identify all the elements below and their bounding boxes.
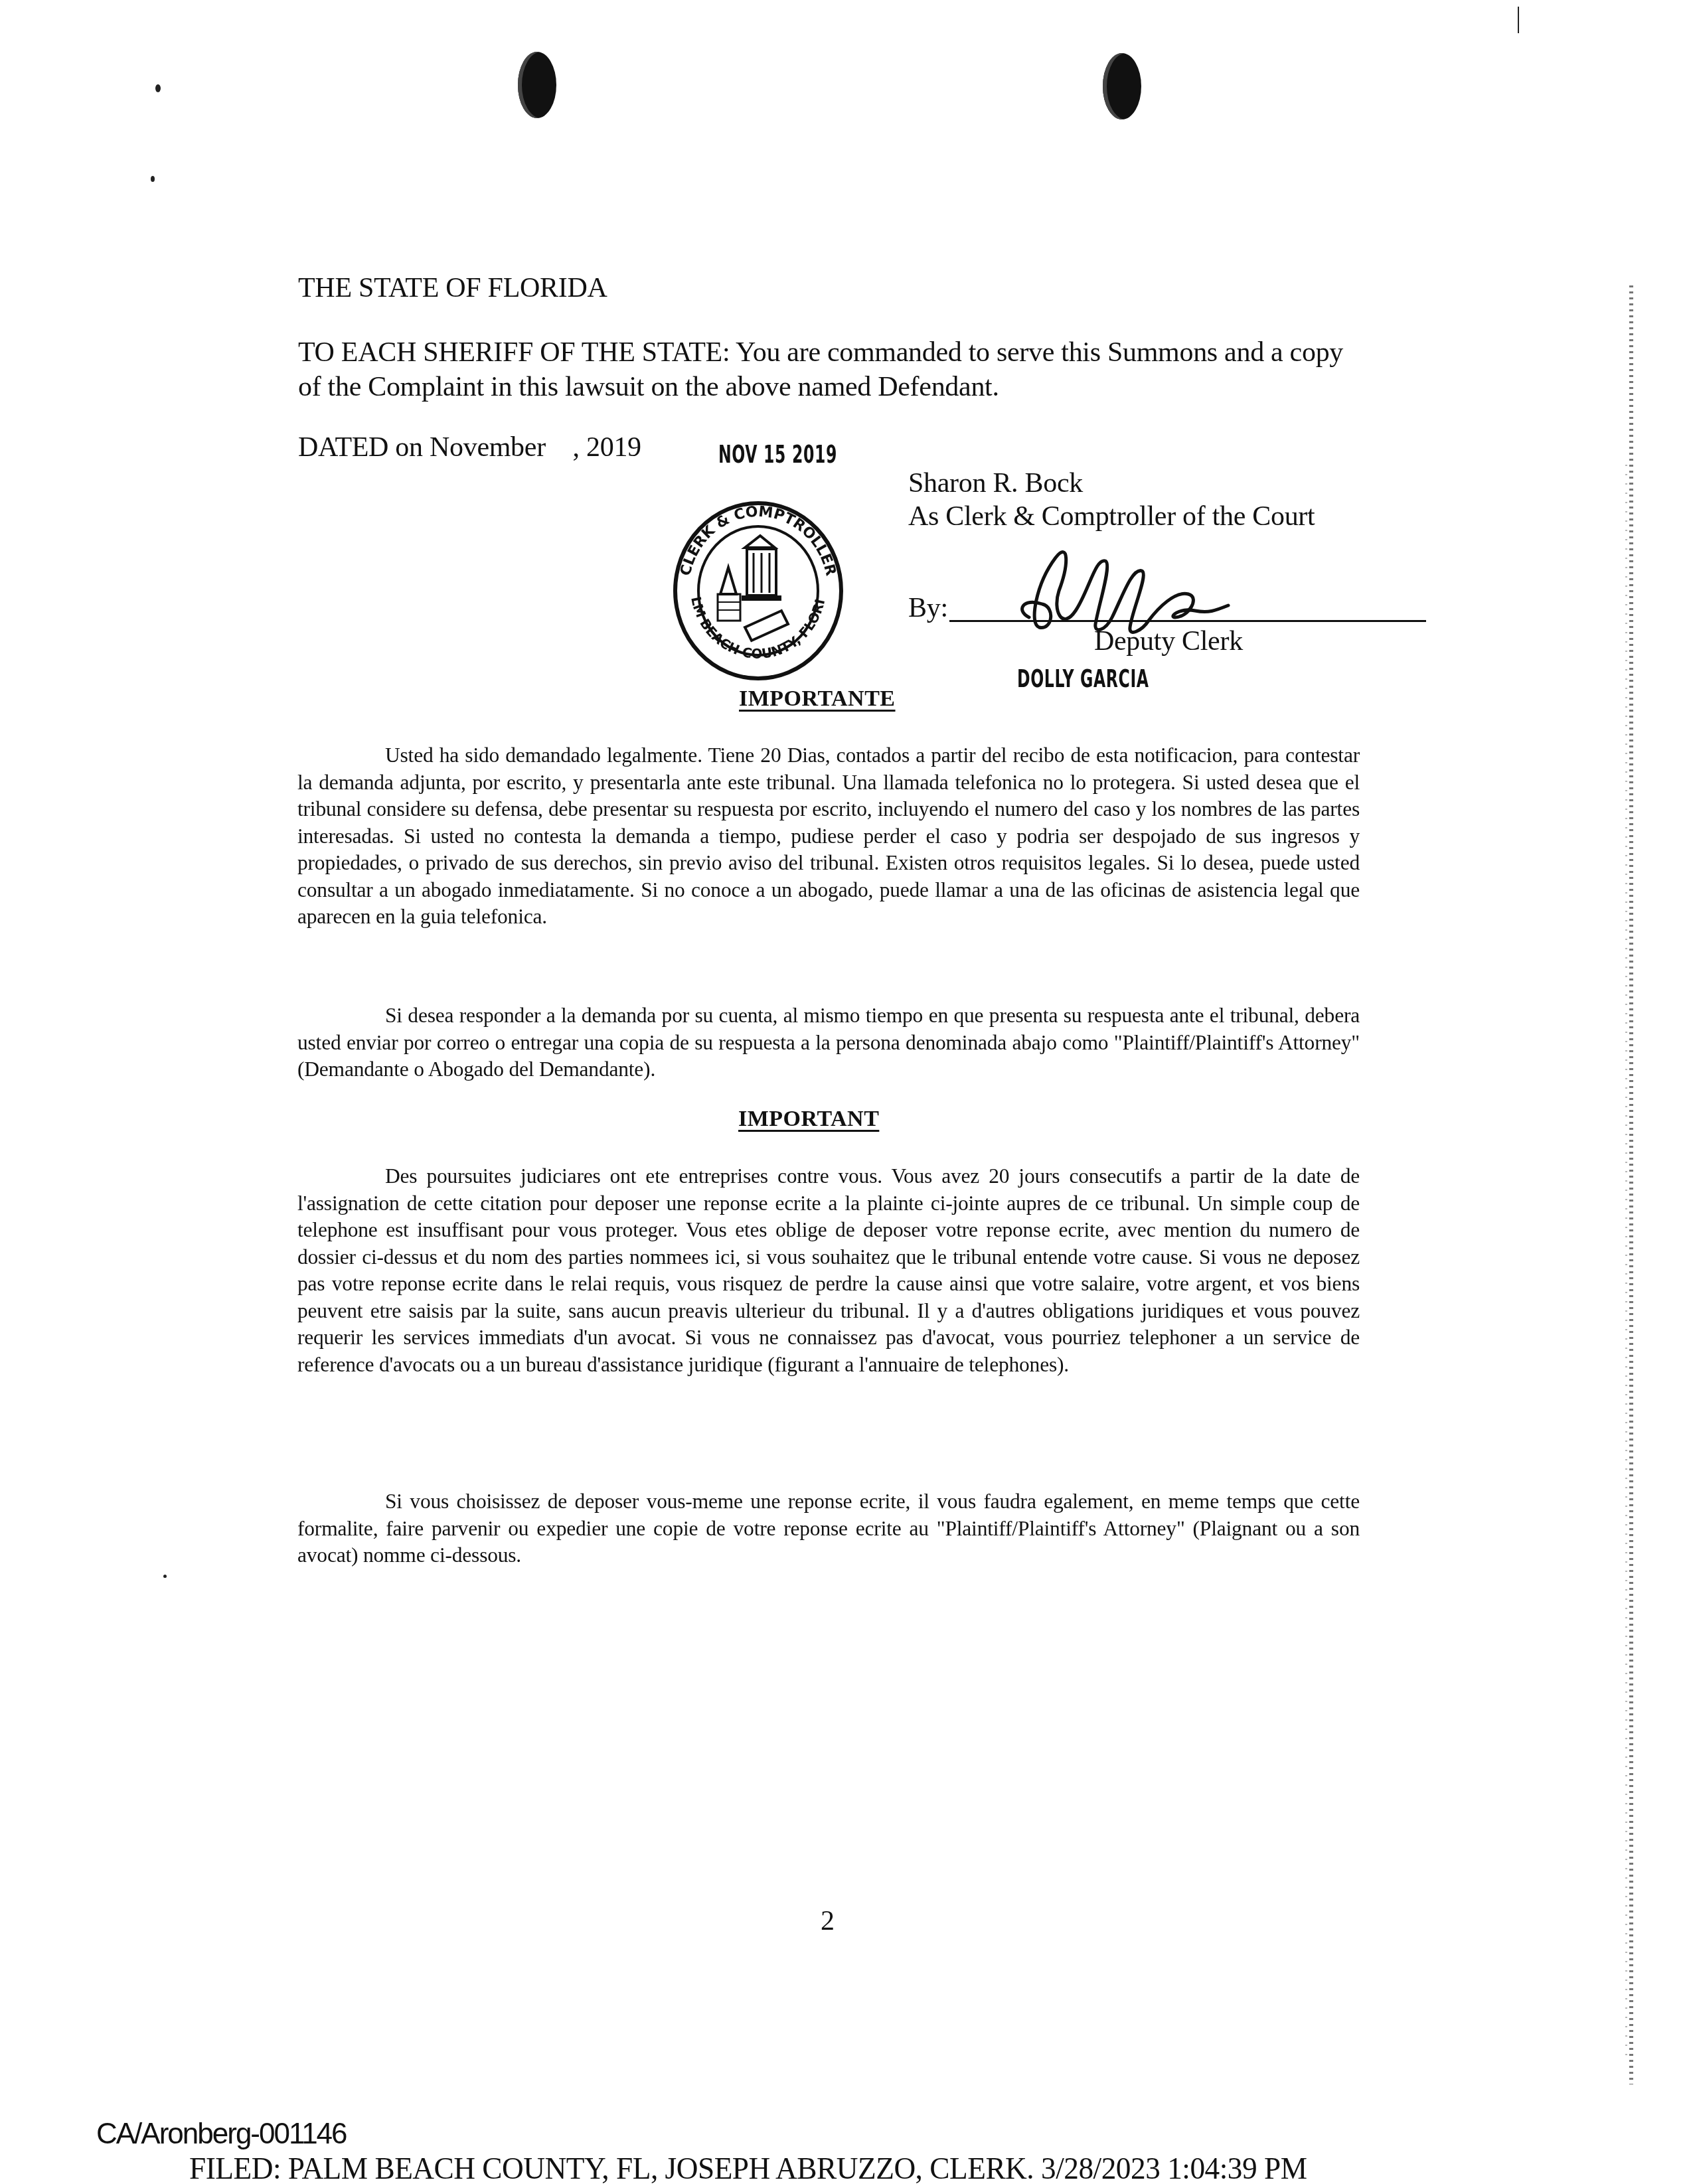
clerk-name: Sharon R. Bock xyxy=(908,466,1083,501)
deputy-clerk-label: Deputy Clerk xyxy=(1094,624,1243,659)
punch-hole-left xyxy=(518,52,556,118)
dated-line: DATED on November , 2019 xyxy=(298,430,641,465)
french-heading: IMPORTANT xyxy=(738,1107,879,1132)
date-stamp: NOV 15 2019 xyxy=(718,439,837,469)
state-heading: THE STATE OF FLORIDA xyxy=(298,271,607,305)
bates-number: CA/Aronberg-001146 xyxy=(96,2118,347,2151)
scan-speck xyxy=(151,176,155,182)
page-number: 2 xyxy=(821,1904,835,1938)
signature-line xyxy=(949,620,1426,622)
spanish-heading: IMPORTANTE xyxy=(739,686,896,712)
scan-edge-artifact xyxy=(1629,285,1633,2084)
punch-hole-right xyxy=(1103,53,1141,119)
deputy-name-stamp: DOLLY GARCIA xyxy=(1017,664,1149,693)
spanish-paragraph-1: Usted ha sido demandado legalmente. Tien… xyxy=(297,742,1360,931)
scan-speck xyxy=(163,1575,167,1578)
by-label: By: xyxy=(908,591,948,625)
scan-edge-artifact xyxy=(1625,465,1627,2058)
french-paragraph-1: Des poursuites judiciares ont ete entrep… xyxy=(297,1163,1360,1378)
scan-speck xyxy=(1518,7,1519,33)
spanish-paragraph-2: Si desea responder a la demanda por su c… xyxy=(297,1002,1360,1083)
command-text: TO EACH SHERIFF OF THE STATE: You are co… xyxy=(298,335,1347,404)
french-paragraph-2: Si vous choisissez de deposer vous-meme … xyxy=(297,1488,1360,1569)
filed-stamp: FILED: PALM BEACH COUNTY, FL, JOSEPH ABR… xyxy=(189,2151,1307,2184)
county-seal-icon: CLERK & COMPTROLLER PALM BEACH COUNTY, F… xyxy=(662,495,854,687)
clerk-title: As Clerk & Comptroller of the Court xyxy=(908,499,1315,534)
scan-speck xyxy=(155,84,161,92)
